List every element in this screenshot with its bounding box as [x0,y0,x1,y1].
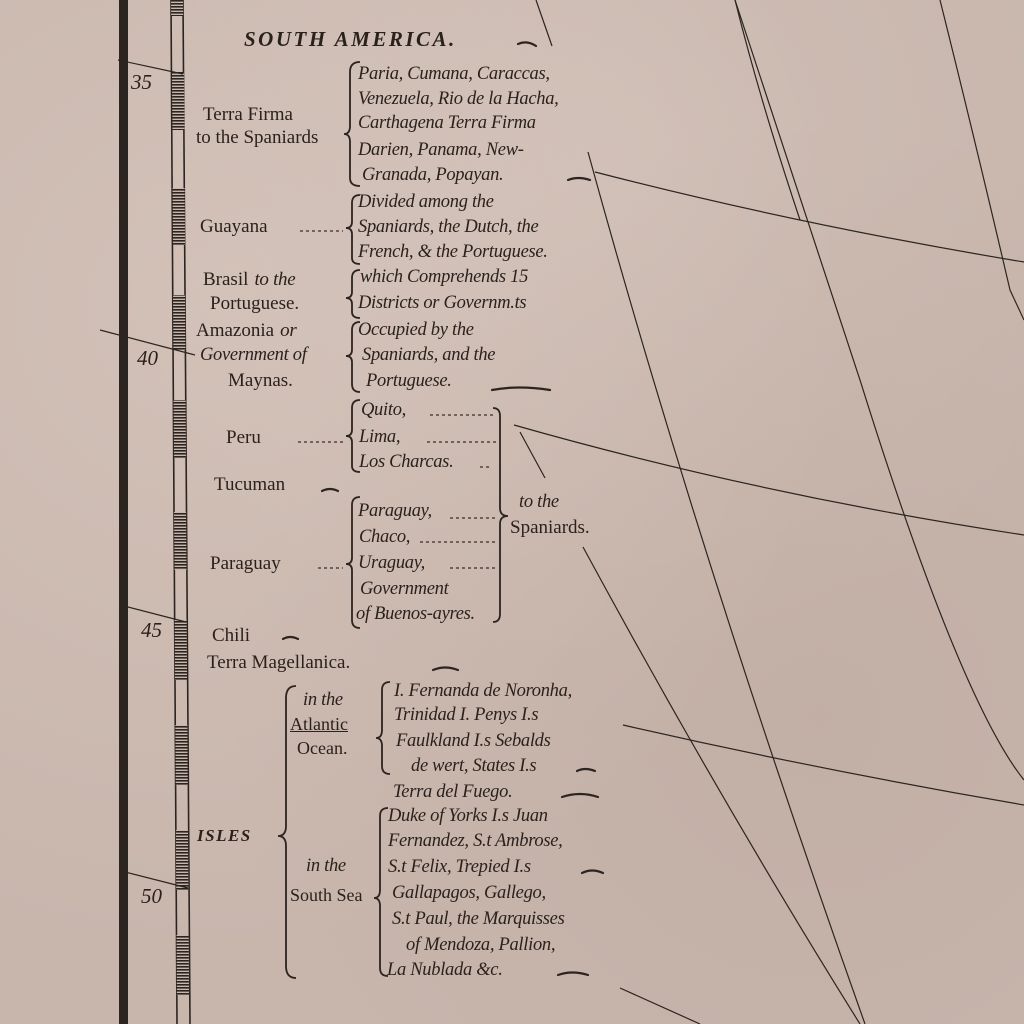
guayana-detail: Spaniards, the Dutch, the [358,217,538,238]
isles-label: ISLES [197,826,252,846]
latitude-label-40: 40 [137,346,158,371]
amazonia-detail: Portuguese. [366,371,452,392]
paraguay-detail: of Buenos-ayres. [356,604,475,625]
amazonia-government: Government of [200,345,307,366]
atlantic-prefix: in the [303,690,343,711]
peru-detail: Quito, [361,400,406,421]
spaniards-group-label: Spaniards. [510,517,590,539]
amazonia-detail: Occupied by the [358,320,474,341]
amazonia-detail: Spaniards, and the [362,345,495,366]
peru-label: Peru [226,427,261,449]
guayana-detail: French, & the Portuguese. [358,242,548,263]
terra-firma-owner: to the Spaniards [196,127,318,149]
atlantic-isle-detail: de wert, States I.s [411,756,536,777]
amazonia-label: Amazonia or [196,319,296,342]
brasil-name: Brasil [203,269,248,290]
brasil-label: Brasil to the [203,268,295,291]
terra-firma-detail: Venezuela, Rio de la Hacha, [358,89,559,110]
terra-del-fuego-label: Terra del Fuego. [393,782,512,803]
south-sea-isle-detail: of Mendoza, Pallion, [406,935,555,956]
terra-firma-detail: Carthagena Terra Firma [358,113,536,134]
south-sea-isle-detail: La Nublada &c. [387,960,503,981]
latitude-label-45: 45 [141,618,162,643]
paraguay-detail: Government [360,579,448,600]
south-sea-isle-detail: S.t Paul, the Marquisses [392,909,564,930]
peru-detail: Los Charcas. [359,452,453,473]
spaniards-group-prefix: to the [519,492,559,513]
atlantic-label: Atlantic [290,714,348,735]
atlantic-isle-detail: Faulkland I.s Sebalds [396,731,551,752]
guayana-detail: Divided among the [358,192,494,213]
south-sea-label: South Sea [290,885,363,906]
ocean-label: Ocean. [297,738,347,759]
paraguay-detail: Chaco, [359,527,410,548]
guayana-label: Guayana [200,216,268,238]
south-sea-prefix: in the [306,856,346,877]
amazonia-maynas: Maynas. [228,370,293,392]
brasil-detail: which Comprehends 15 [360,267,528,288]
tucuman-label: Tucuman [214,474,285,496]
atlantic-isle-detail: I. Fernanda de Noronha, [394,681,572,702]
terra-magellanica-label: Terra Magellanica. [207,652,350,674]
paraguay-detail: Uraguay, [358,553,425,574]
south-sea-isle-detail: Gallapagos, Gallego, [392,883,546,904]
brasil-detail: Districts or Governm.ts [358,293,526,314]
peru-detail: Lima, [359,427,400,448]
brasil-owner: Portuguese. [210,293,299,315]
latitude-label-50: 50 [141,884,162,909]
amazonia-name: Amazonia [196,320,274,341]
paraguay-label: Paraguay [210,553,281,575]
latitude-label-35: 35 [131,70,152,95]
map-border-line [119,0,128,1024]
terra-firma-detail: Darien, Panama, New- [358,140,524,161]
south-sea-isle-detail: S.t Felix, Trepied I.s [388,857,531,878]
terra-firma-detail: Paria, Cumana, Caraccas, [358,64,550,85]
paraguay-detail: Paraguay, [358,501,432,522]
terra-firma-detail: Granada, Popayan. [362,165,503,186]
map-title: SOUTH AMERICA. [244,27,457,52]
terra-firma-label: Terra Firma [203,104,293,126]
atlantic-isle-detail: Trinidad I. Penys I.s [394,705,538,726]
south-sea-isle-detail: Duke of Yorks I.s Juan [388,806,548,827]
south-sea-isle-detail: Fernandez, S.t Ambrose, [388,831,563,852]
amazonia-or: or [280,320,296,341]
chili-label: Chili [212,625,250,647]
brasil-owner-prefix: to the [254,269,295,290]
latitude-scale-bar [171,0,190,1024]
